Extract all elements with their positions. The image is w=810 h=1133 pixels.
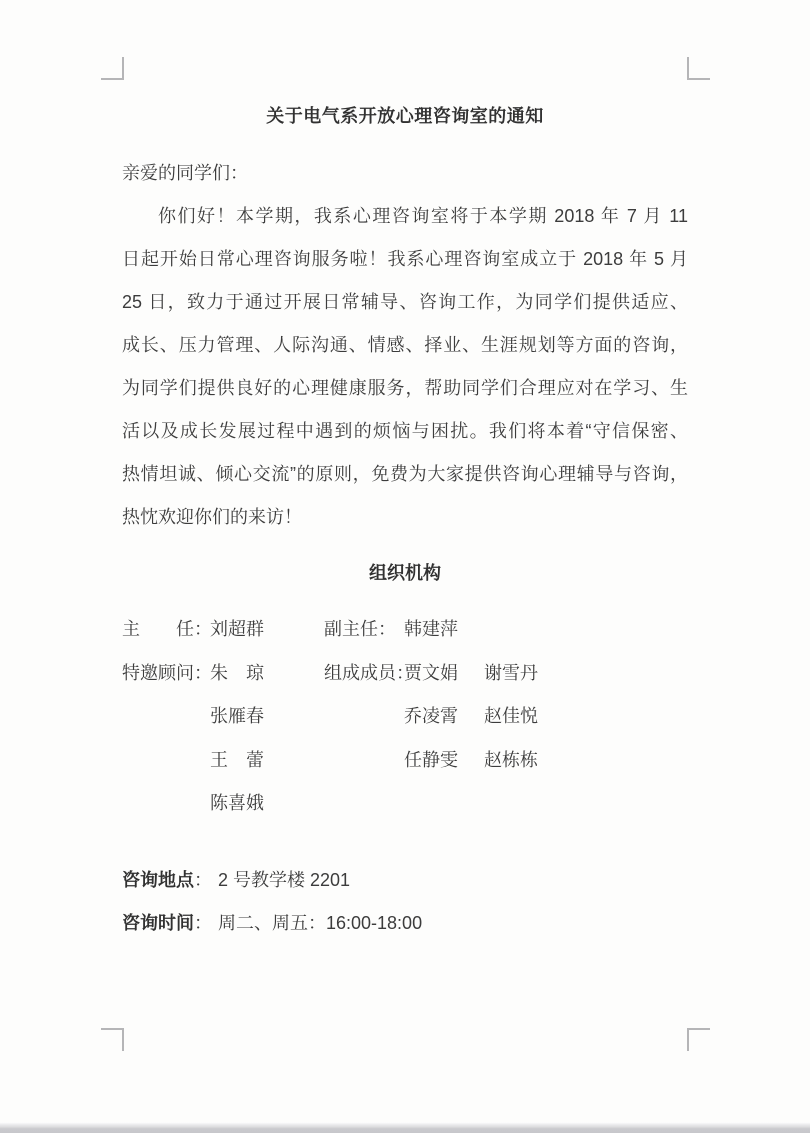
body-line: 热情坦诚、倾心交流”的原则，免费为大家提供咨询心理辅导与咨询， [122,453,688,496]
crop-mark-top-left-icon [101,57,124,80]
consultation-location-label: 咨询地点 [122,870,194,890]
body-line: 活以及成长发展过程中遇到的烦恼与困扰。我们将本着“守信保密、 [122,410,688,453]
org-label-members: 组成成员： [324,652,404,696]
org-label-director: 主 任： [122,608,210,652]
org-row: 陈喜娥 [122,782,688,826]
org-name: 陈喜娥 [210,782,324,826]
org-name: 谢雪丹 [484,652,688,696]
org-name [484,782,688,826]
org-name: 韩建萍 [404,608,484,652]
org-label [122,782,210,826]
org-name: 张雁春 [210,695,324,739]
salutation: 亲爱的同学们： [122,152,688,195]
org-label [122,695,210,739]
body-line: 日起开始日常心理咨询服务啦！我系心理咨询室成立于 2018 年 5 月 [122,238,688,281]
org-name: 王 蕾 [210,739,324,783]
body-line: 为同学们提供良好的心理健康服务，帮助同学们合理应对在学习、生 [122,367,688,410]
org-row: 特邀顾问： 朱 琼 组成成员： 贾文娟 谢雪丹 [122,652,688,696]
org-row: 张雁春 乔凌霄 赵佳悦 [122,695,688,739]
org-name [404,782,484,826]
org-name: 朱 琼 [210,652,324,696]
org-label-special-advisor: 特邀顾问： [122,652,210,696]
colon: ： [194,870,212,890]
org-name: 乔凌霄 [404,695,484,739]
text-area: 关于电气系开放心理咨询室的通知 亲爱的同学们： 你们好！本学期，我系心理咨询室将… [122,0,688,945]
document-title: 关于电气系开放心理咨询室的通知 [122,96,688,136]
body-line: 热忱欢迎你们的来访！ [122,496,688,539]
organization-structure: 主 任： 刘超群 副主任： 韩建萍 特邀顾问： 朱 琼 组成成员： 贾文娟 谢雪… [122,608,688,826]
consultation-time-value: 周二、周五：16:00-18:00 [218,913,422,933]
section-heading-organization: 组织机构 [122,552,688,595]
crop-mark-bottom-right-icon [687,1028,710,1051]
consultation-time-row: 咨询时间：周二、周五：16:00-18:00 [122,902,688,945]
body-line: 成长、压力管理、人际沟通、情感、择业、生涯规划等方面的咨询， [122,324,688,367]
crop-mark-bottom-left-icon [101,1028,124,1051]
org-name [484,608,688,652]
org-label [324,695,404,739]
org-label [324,782,404,826]
page-bottom-edge [0,1122,810,1133]
org-row: 主 任： 刘超群 副主任： 韩建萍 [122,608,688,652]
org-label-deputy-director: 副主任： [324,608,404,652]
body-line: 25 日，致力于通过开展日常辅导、咨询工作，为同学们提供适应、 [122,281,688,324]
body-paragraph: 你们好！本学期，我系心理咨询室将于本学期 2018 年 7 月 11 日起开始日… [122,195,688,539]
org-label [122,739,210,783]
org-name: 赵佳悦 [484,695,688,739]
org-name: 贾文娟 [404,652,484,696]
org-name: 赵栋栋 [484,739,688,783]
org-label [324,739,404,783]
org-name: 刘超群 [210,608,324,652]
document-page: 关于电气系开放心理咨询室的通知 亲爱的同学们： 你们好！本学期，我系心理咨询室将… [0,0,810,1133]
org-row: 王 蕾 任静雯 赵栋栋 [122,739,688,783]
colon: ： [194,913,212,933]
consultation-location-row: 咨询地点：2 号教学楼 2201 [122,859,688,902]
consultation-info: 咨询地点：2 号教学楼 2201 咨询时间：周二、周五：16:00-18:00 [122,859,688,945]
consultation-time-label: 咨询时间 [122,913,194,933]
crop-mark-top-right-icon [687,57,710,80]
consultation-location-value: 2 号教学楼 2201 [218,870,350,890]
org-name: 任静雯 [404,739,484,783]
body-line: 你们好！本学期，我系心理咨询室将于本学期 2018 年 7 月 11 [122,195,688,238]
